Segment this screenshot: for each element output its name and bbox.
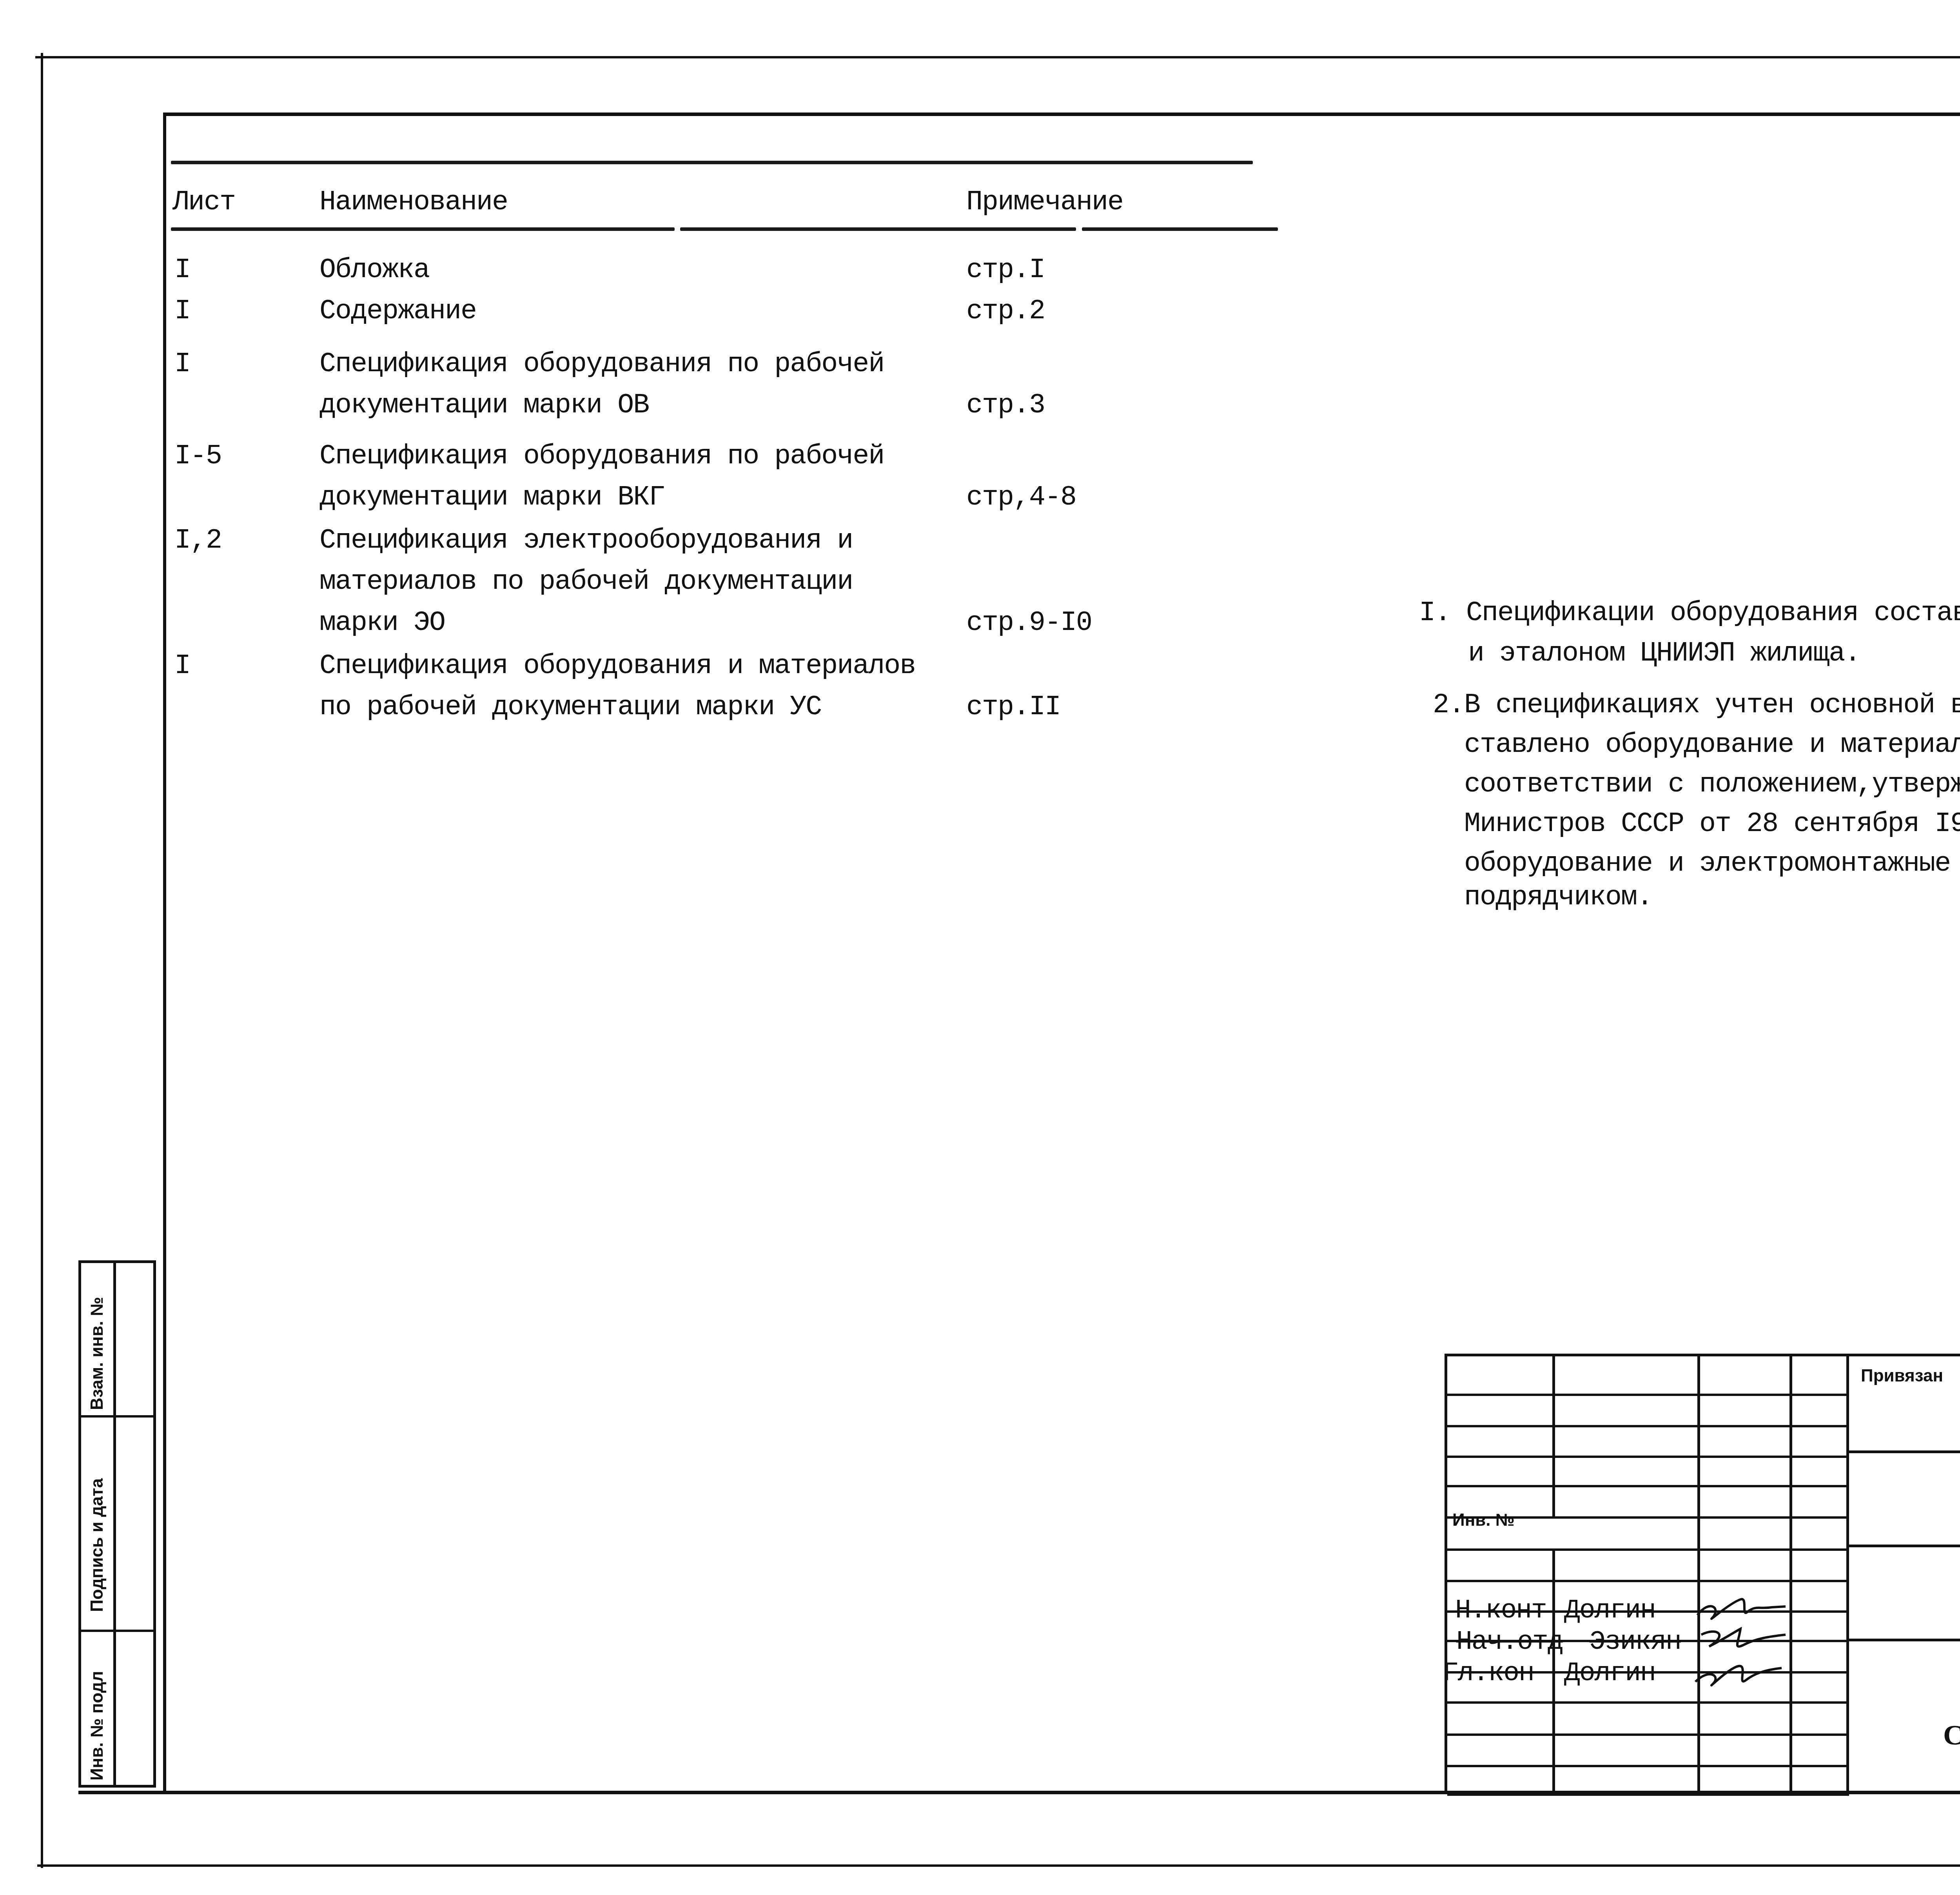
note-line: и эталоном ЦНИИЭП жилища. — [1468, 640, 1860, 668]
toc-name: Спецификация электрооборудования и — [319, 527, 853, 555]
toc-name: Спецификация оборудования и материалов — [319, 653, 915, 680]
toc-name: марки ЭО — [319, 610, 445, 637]
side-stamp-divider-v — [113, 1263, 116, 1785]
outer-frame-bottom — [37, 1864, 1960, 1867]
toc-note: стр.3 — [966, 392, 1045, 419]
toc-name: документации марки ОВ — [319, 392, 649, 419]
tb-row-1 — [1849, 1450, 1960, 1453]
sheet-title: СОДЕРЖАНИЕ — [1943, 1721, 1960, 1749]
grid-row-line — [1447, 1394, 1849, 1396]
note-line: I. Спецификации оборудования составлены … — [1419, 600, 1960, 627]
toc-note: стр,4-8 — [966, 484, 1076, 512]
toc-sheet: I-5 — [174, 443, 221, 470]
toc-note: стр.I — [966, 257, 1045, 284]
toc-name: Обложка — [319, 257, 429, 284]
outer-frame-left — [41, 53, 43, 1868]
toc-note: стр.2 — [966, 298, 1045, 325]
side-stamp-label-replace: Взам. инв. № — [87, 1297, 107, 1410]
header-name: Наименование — [319, 189, 508, 216]
toc-sheet: I — [174, 351, 190, 378]
sig-name-3: Долгин — [1564, 1660, 1655, 1687]
linked-label: Привязан — [1861, 1367, 1943, 1385]
tb-row-2 — [1849, 1545, 1960, 1547]
toc-name: материалов по рабочей документации — [319, 568, 853, 596]
inner-frame-left — [163, 113, 166, 1794]
grid-col-line — [1552, 1548, 1555, 1793]
header-note: Примечание — [966, 189, 1123, 216]
toc-sheet: I — [174, 257, 190, 284]
note-line: оборудование и электромонтажные изделия,… — [1464, 850, 1960, 878]
grid-row-line — [1447, 1580, 1849, 1582]
note-line: соответствии с положением,утвержденным п… — [1464, 771, 1960, 799]
signature-scribble-3 — [1690, 1652, 1784, 1695]
grid-col-line — [1789, 1356, 1792, 1793]
toc-name: Спецификация оборудования по рабочей — [319, 443, 884, 470]
toc-note: стр.II — [966, 694, 1060, 721]
toc-name: Содержание — [319, 298, 476, 325]
header-sheet: Лист — [172, 189, 235, 216]
table-top-rule — [171, 161, 1253, 164]
side-stamp: Взам. инв. № Подпись и дата Инв. № подл — [78, 1260, 156, 1788]
note-line: ставлено оборудование и материалы,постав… — [1464, 731, 1960, 759]
sig-name-2: Эзикян — [1590, 1629, 1681, 1655]
title-block-main: Привязан 94-045/I.2 часть II СОДЕРЖАНИЕ … — [1846, 1354, 1960, 1793]
grid-row-line — [1447, 1425, 1849, 1427]
toc-name: по рабочей документации марки УС — [319, 694, 821, 721]
toc-sheet: I — [174, 298, 190, 325]
side-stamp-label-inv: Инв. № подл — [87, 1671, 107, 1781]
toc-note: стр.9-I0 — [966, 610, 1092, 637]
grid-col-line — [1552, 1356, 1555, 1516]
toc-sheet: I,2 — [174, 527, 221, 555]
inv-no-label: Инв. № — [1452, 1512, 1515, 1529]
sig-role-1: Н.конт — [1455, 1597, 1546, 1624]
header-rule-1 — [171, 227, 675, 231]
outer-frame-top — [35, 56, 1960, 58]
toc-name: Спецификация оборудования по рабочей — [319, 351, 884, 378]
grid-col-line — [1697, 1356, 1700, 1793]
sig-role-3: Гл.кон — [1443, 1660, 1534, 1687]
note-line: 2.В спецификациях учтен основной вариант… — [1433, 692, 1960, 719]
grid-row-line — [1447, 1456, 1849, 1458]
sig-role-2: Нач.отд — [1456, 1629, 1563, 1655]
toc-sheet: I — [174, 653, 190, 680]
tb-row-3 — [1849, 1639, 1960, 1641]
grid-row-line — [1447, 1701, 1849, 1704]
side-stamp-label-signature: Подпись и дата — [87, 1478, 107, 1612]
grid-row-line — [1447, 1793, 1849, 1796]
grid-row-line — [1447, 1548, 1849, 1551]
title-block-grid — [1445, 1354, 1847, 1791]
grid-row-line — [1447, 1733, 1849, 1736]
header-rule-3 — [1082, 227, 1278, 231]
side-stamp-divider-1 — [81, 1415, 153, 1418]
grid-row-line — [1447, 1485, 1849, 1487]
note-line: подрядчиком. — [1464, 884, 1652, 911]
header-rule-2 — [680, 227, 1076, 231]
grid-row-line — [1447, 1765, 1849, 1767]
toc-name: документации марки ВКГ — [319, 484, 664, 512]
side-stamp-divider-2 — [81, 1630, 153, 1632]
inner-frame-top — [164, 113, 1960, 116]
sig-name-1: Долгин — [1564, 1597, 1655, 1624]
note-line: Министров СССР от 28 сентября I970г. № 8… — [1464, 811, 1960, 838]
